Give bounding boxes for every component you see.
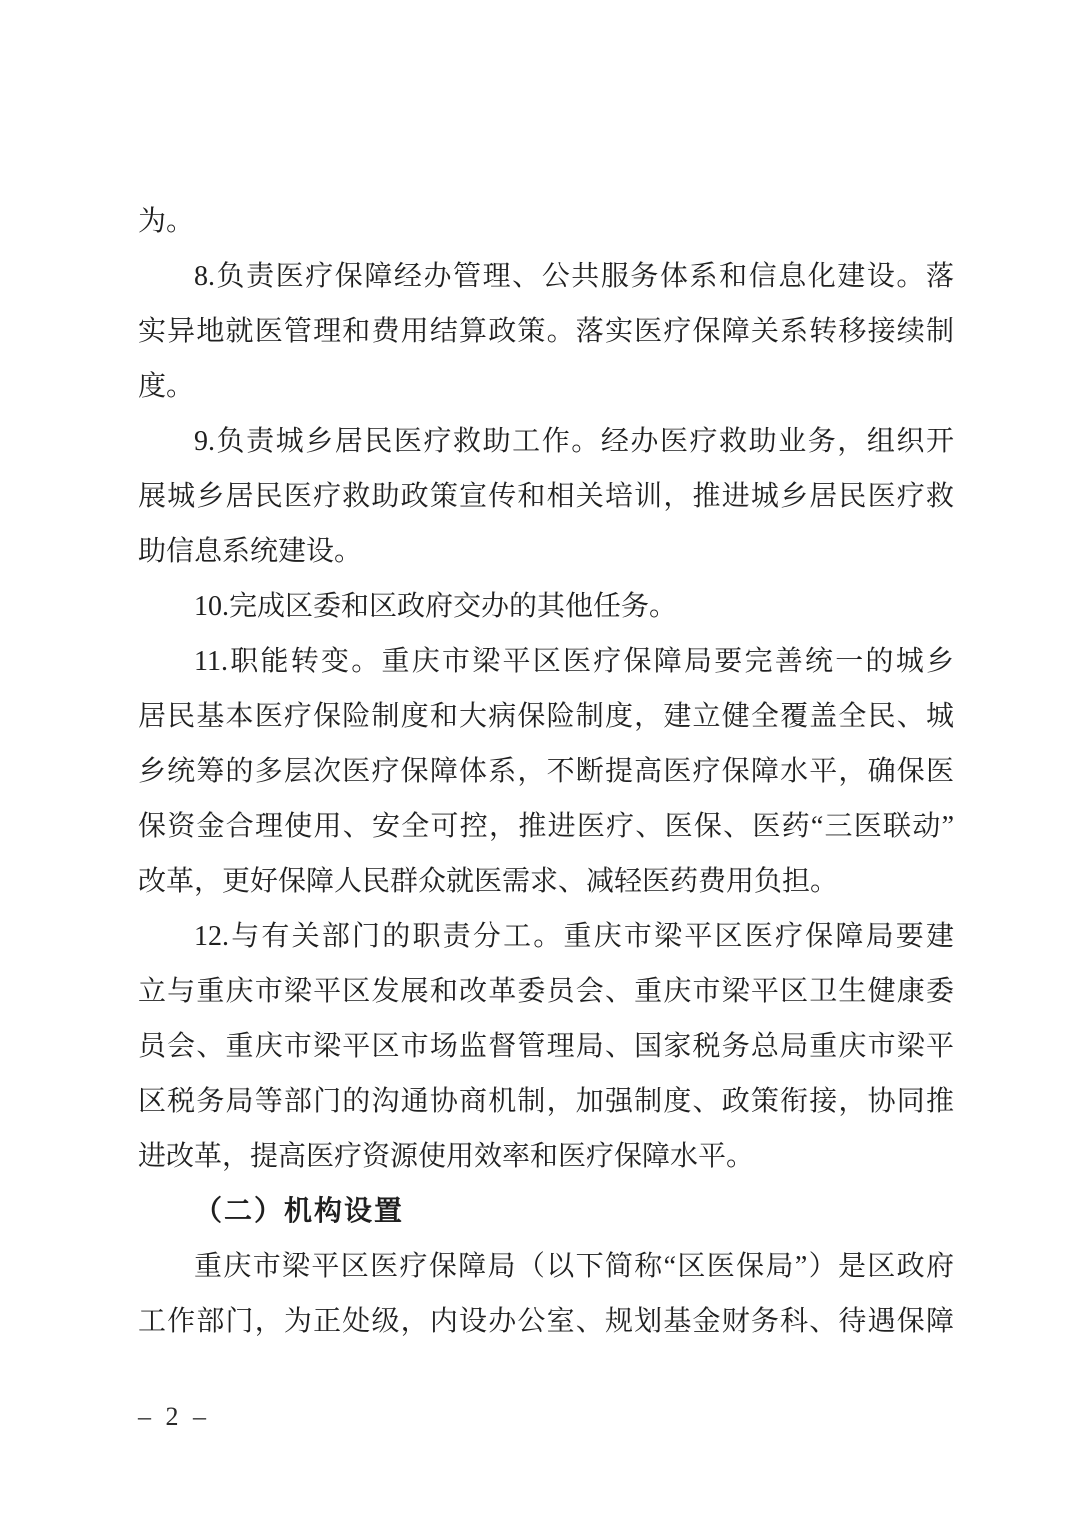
body-line: 重庆市梁平区医疗保障局（以下简称“区医保局”）是区政府: [138, 1239, 954, 1294]
body-line: 度。: [138, 359, 954, 414]
page-footer: – 2 –: [138, 1402, 210, 1432]
body-line: 改革，更好保障人民群众就医需求、减轻医药费用负担。: [138, 854, 954, 909]
body-line: 员会、重庆市梁平区市场监督管理局、国家税务总局重庆市梁平: [138, 1019, 954, 1074]
section-heading: （二）机构设置: [138, 1184, 954, 1239]
body-line: 8.负责医疗保障经办管理、公共服务体系和信息化建设。落: [138, 249, 954, 304]
body-line: 工作部门，为正处级，内设办公室、规划基金财务科、待遇保障: [138, 1294, 954, 1349]
body-line: 助信息系统建设。: [138, 524, 954, 579]
document-page: 为。 8.负责医疗保障经办管理、公共服务体系和信息化建设。落 实异地就医管理和费…: [0, 0, 1076, 1519]
page-number: – 2 –: [138, 1402, 210, 1431]
body-line: 9.负责城乡居民医疗救助工作。经办医疗救助业务，组织开: [138, 414, 954, 469]
document-body: 为。 8.负责医疗保障经办管理、公共服务体系和信息化建设。落 实异地就医管理和费…: [138, 194, 954, 1349]
body-line: 11.职能转变。重庆市梁平区医疗保障局要完善统一的城乡: [138, 634, 954, 689]
body-line: 为。: [138, 194, 954, 249]
body-line: 区税务局等部门的沟通协商机制，加强制度、政策衔接，协同推: [138, 1074, 954, 1129]
body-line: 乡统筹的多层次医疗保障体系，不断提高医疗保障水平，确保医: [138, 744, 954, 799]
body-line: 立与重庆市梁平区发展和改革委员会、重庆市梁平区卫生健康委: [138, 964, 954, 1019]
body-line: 进改革，提高医疗资源使用效率和医疗保障水平。: [138, 1129, 954, 1184]
body-line: 居民基本医疗保险制度和大病保险制度，建立健全覆盖全民、城: [138, 689, 954, 744]
body-line: 10.完成区委和区政府交办的其他任务。: [138, 579, 954, 634]
body-line: 实异地就医管理和费用结算政策。落实医疗保障关系转移接续制: [138, 304, 954, 359]
body-line: 12.与有关部门的职责分工。重庆市梁平区医疗保障局要建: [138, 909, 954, 964]
body-line: 保资金合理使用、安全可控，推进医疗、医保、医药“三医联动”: [138, 799, 954, 854]
body-line: 展城乡居民医疗救助政策宣传和相关培训，推进城乡居民医疗救: [138, 469, 954, 524]
